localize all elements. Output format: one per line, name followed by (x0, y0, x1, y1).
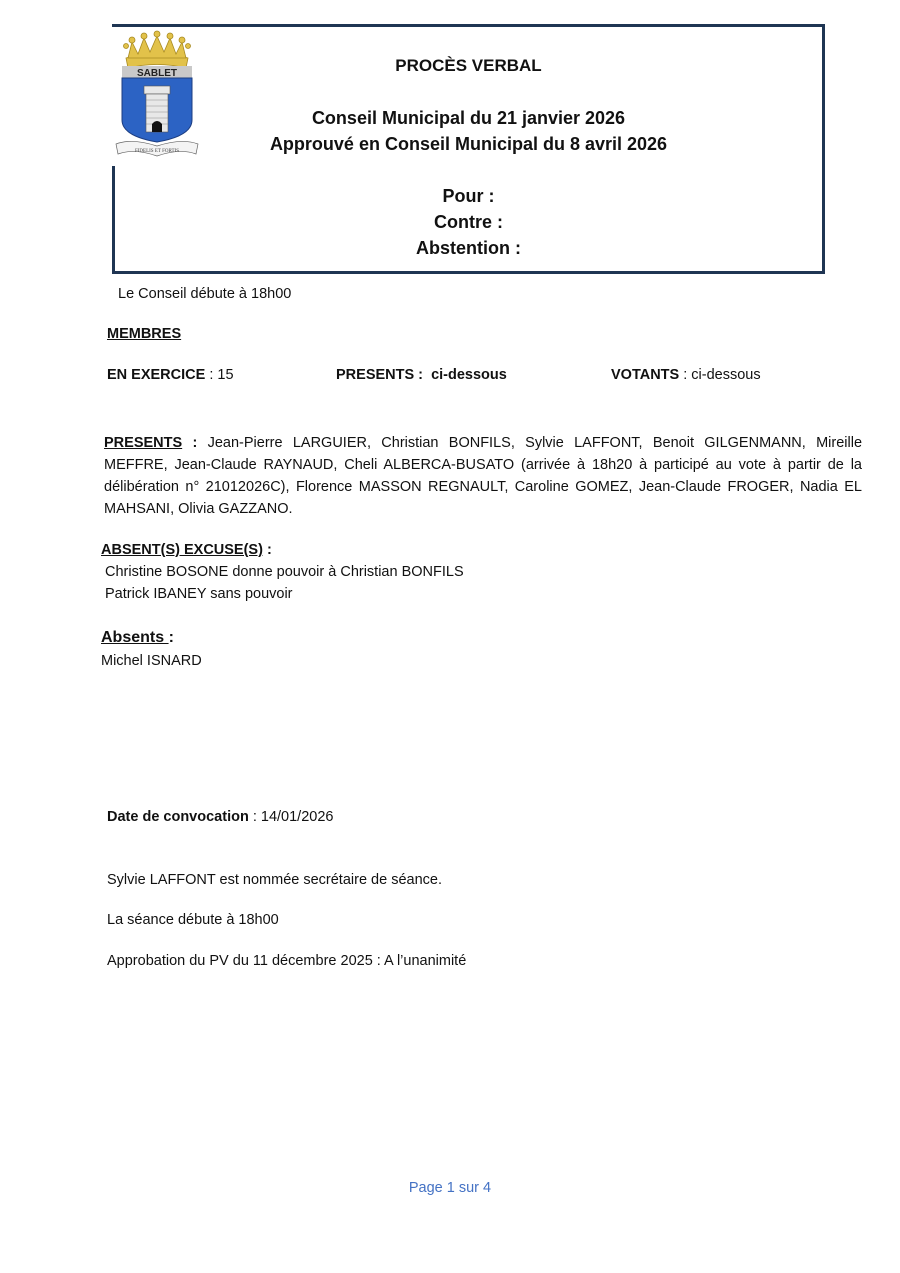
votants-line: VOTANTS : ci-dessous (611, 365, 761, 386)
absent-item: Michel ISNARD (101, 651, 202, 672)
approbation-text: Approbation du PV du 11 décembre 2025 : … (107, 951, 466, 972)
convocation-value: : 14/01/2026 (249, 809, 334, 825)
page-number: Page 1 sur 4 (0, 1180, 900, 1196)
presents-list: Jean-Pierre LARGUIER, Christian BONFILS,… (104, 435, 862, 517)
secretaire-text: Sylvie LAFFONT est nommée secrétaire de … (107, 870, 442, 891)
vote-abstention: Abstention : (115, 238, 822, 259)
excuse-item: Patrick IBANEY sans pouvoir (105, 584, 293, 605)
absents-sep: : (169, 629, 174, 646)
meeting-date-title: Conseil Municipal du 21 janvier 2026 (115, 108, 822, 129)
votants-label: VOTANTS (611, 367, 679, 383)
excuses-heading: ABSENT(S) EXCUSE(S) : (101, 540, 272, 561)
votants-value: : ci-dessous (679, 367, 760, 383)
membres-heading: MEMBRES (107, 324, 181, 345)
excuses-sep: : (263, 542, 272, 558)
approval-date-title: Approuvé en Conseil Municipal du 8 avril… (115, 134, 822, 155)
en-exercice-label: EN EXERCICE (107, 367, 205, 383)
absents-label: Absents (101, 629, 169, 646)
presents-paragraph: PRESENTS : Jean-Pierre LARGUIER, Christi… (104, 432, 862, 520)
document-page: SABLET FIDELIS ET FORTIS PROCÈS VERBAL C… (0, 0, 900, 1273)
presents-label: PRESENTS (104, 435, 182, 451)
absents-heading: Absents : (101, 627, 174, 648)
presents-sep: : (182, 435, 207, 451)
seance-start-text: La séance débute à 18h00 (107, 910, 279, 931)
excuses-label: ABSENT(S) EXCUSE(S) (101, 542, 263, 558)
council-start-text: Le Conseil débute à 18h00 (118, 284, 291, 305)
document-title: PROCÈS VERBAL (115, 56, 822, 76)
vote-contre: Contre : (115, 212, 822, 233)
convocation-label: Date de convocation (107, 809, 249, 825)
presents-summary: PRESENTS : ci-dessous (336, 365, 507, 386)
en-exercice-line: EN EXERCICE : 15 (107, 365, 234, 386)
excuse-item: Christine BOSONE donne pouvoir à Christi… (105, 562, 464, 583)
en-exercice-value: : 15 (205, 367, 233, 383)
vote-pour: Pour : (115, 186, 822, 207)
convocation-line: Date de convocation : 14/01/2026 (107, 807, 333, 828)
